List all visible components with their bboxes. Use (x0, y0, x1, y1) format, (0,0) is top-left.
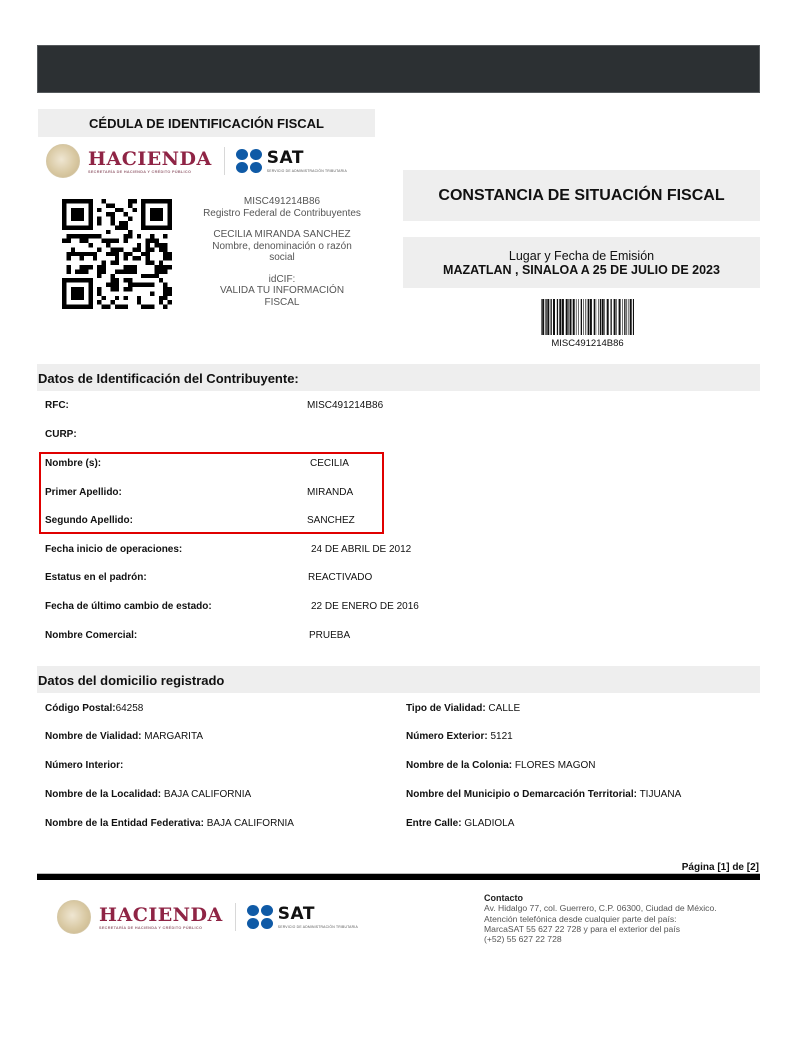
address-field-row: Nombre de la Entidad Federativa: BAJA CA… (45, 818, 294, 829)
address-field-row: Número Exterior: 5121 (406, 731, 513, 742)
field-value: BAJA CALIFORNIA (204, 818, 294, 829)
sat-dots-icon (236, 149, 262, 173)
field-label: Nombre de la Entidad Federativa: (45, 818, 204, 829)
field-label: Nombre de la Colonia: (406, 760, 512, 771)
field-label: Fecha inicio de operaciones: (45, 544, 182, 555)
field-value: MARGARITA (142, 731, 203, 742)
field-label: Entre Calle: (406, 818, 462, 829)
validate-label-2: FISCAL (196, 297, 368, 309)
field-label: Número Interior: (45, 760, 123, 771)
address-field-row: Código Postal:64258 (45, 703, 143, 714)
address-field-row: Nombre de la Localidad: BAJA CALIFORNIA (45, 789, 251, 800)
sat-subtitle: SERVICIO DE ADMINISTRACIÓN TRIBUTARIA (278, 925, 358, 929)
hacienda-subtitle: SECRETARÍA DE HACIENDA Y CRÉDITO PÚBLICO (99, 926, 223, 930)
field-value: 24 DE ABRIL DE 2012 (311, 544, 411, 555)
field-label: Número Exterior: (406, 731, 488, 742)
logo-divider (235, 903, 236, 931)
emission-label: Lugar y Fecha de Emisión (403, 249, 760, 263)
taxpayer-field-row: Fecha de último cambio de estado: (45, 601, 212, 612)
logo-row-top: HACIENDA SECRETARÍA DE HACIENDA Y CRÉDIT… (46, 144, 347, 178)
mexico-seal-icon (46, 144, 80, 178)
name-highlight-box (39, 452, 384, 534)
field-label: Nombre Comercial: (45, 630, 137, 641)
contact-block: Contacto Av. Hidalgo 77, col. Guerrero, … (484, 893, 717, 944)
field-value: BAJA CALIFORNIA (161, 789, 251, 800)
field-label: CURP: (45, 429, 77, 440)
rfc-label: Registro Federal de Contribuyentes (196, 208, 368, 220)
validate-label-1: VALIDA TU INFORMACIÓN (196, 285, 368, 297)
hacienda-subtitle: SECRETARÍA DE HACIENDA Y CRÉDITO PÚBLICO (88, 170, 212, 174)
sat-wordmark: SAT (267, 150, 347, 167)
qr-code-icon[interactable] (62, 199, 172, 309)
field-label: RFC: (45, 400, 69, 411)
logo-row-footer: HACIENDA SECRETARÍA DE HACIENDA Y CRÉDIT… (57, 900, 358, 934)
sat-wordmark: SAT (278, 906, 358, 923)
taxpayer-field-row: Nombre Comercial: (45, 630, 137, 641)
taxpayer-field-row: RFC: (45, 400, 69, 411)
field-label: Código Postal: (45, 703, 116, 714)
emission-box: Lugar y Fecha de Emisión MAZATLAN , SINA… (403, 237, 760, 288)
taxpayer-name: CECILIA MIRANDA SANCHEZ (196, 229, 368, 241)
field-label: Nombre de Vialidad: (45, 731, 142, 742)
idcif-label: idCIF: (196, 274, 368, 286)
address-field-row: Nombre del Municipio o Demarcación Terri… (406, 789, 681, 800)
taxpayer-field-row: Estatus en el padrón: (45, 572, 147, 583)
hacienda-wordmark: HACIENDA (99, 905, 223, 925)
address-field-row: Número Interior: (45, 760, 123, 771)
hacienda-logo: HACIENDA SECRETARÍA DE HACIENDA Y CRÉDIT… (88, 149, 212, 174)
taxpayer-section-title: Datos de Identificación del Contribuyent… (37, 364, 760, 391)
field-label: Fecha de último cambio de estado: (45, 601, 212, 612)
barcode-text: MISC491214B86 (520, 338, 655, 349)
sat-dots-icon (247, 905, 273, 929)
address-section-title: Datos del domicilio registrado (37, 666, 760, 693)
contact-line: MarcaSAT 55 627 22 728 y para el exterio… (484, 924, 717, 934)
name-label-2: social (196, 252, 368, 264)
address-field-row: Nombre de Vialidad: MARGARITA (45, 731, 203, 742)
field-value: 22 DE ENERO DE 2016 (311, 601, 419, 612)
contact-line: Atención telefónica desde cualquier part… (484, 914, 717, 924)
address-field-row: Nombre de la Colonia: FLORES MAGON (406, 760, 595, 771)
field-value: PRUEBA (309, 630, 350, 641)
field-value: MISC491214B86 (307, 400, 383, 411)
field-value: FLORES MAGON (512, 760, 595, 771)
taxpayer-field-row: Fecha inicio de operaciones: (45, 544, 182, 555)
top-bar (37, 45, 760, 93)
rfc-value: MISC491214B86 (196, 196, 368, 208)
page-number: Página [1] de [2] (600, 862, 759, 873)
name-label-1: Nombre, denominación o razón (196, 241, 368, 253)
field-value: REACTIVADO (308, 572, 372, 583)
logo-divider (224, 147, 225, 175)
field-value: 64258 (116, 703, 144, 714)
field-label: Estatus en el padrón: (45, 572, 147, 583)
field-value: GLADIOLA (462, 818, 515, 829)
field-value: 5121 (488, 731, 513, 742)
contact-line: Av. Hidalgo 77, col. Guerrero, C.P. 0630… (484, 903, 717, 913)
sat-logo: SAT SERVICIO DE ADMINISTRACIÓN TRIBUTARI… (267, 150, 347, 173)
contact-line: (+52) 55 627 22 728 (484, 934, 717, 944)
identity-card: MISC491214B86 Registro Federal de Contri… (196, 196, 368, 308)
mexico-seal-icon (57, 900, 91, 934)
address-field-row: Entre Calle: GLADIOLA (406, 818, 514, 829)
field-value: TIJUANA (637, 789, 681, 800)
sat-logo: SAT SERVICIO DE ADMINISTRACIÓN TRIBUTARI… (278, 906, 358, 929)
field-value: CALLE (486, 703, 520, 714)
emission-value: MAZATLAN , SINALOA A 25 DE JULIO DE 2023 (403, 263, 760, 278)
footer-rule (37, 874, 760, 880)
barcode-icon (541, 299, 634, 335)
document-title: CONSTANCIA DE SITUACIÓN FISCAL (403, 170, 760, 221)
taxpayer-field-row: CURP: (45, 429, 77, 440)
sat-subtitle: SERVICIO DE ADMINISTRACIÓN TRIBUTARIA (267, 169, 347, 173)
field-label: Tipo de Vialidad: (406, 703, 486, 714)
field-label: Nombre de la Localidad: (45, 789, 161, 800)
contact-title: Contacto (484, 893, 717, 903)
field-label: Nombre del Municipio o Demarcación Terri… (406, 789, 637, 800)
hacienda-wordmark: HACIENDA (88, 149, 212, 169)
cedula-title: CÉDULA DE IDENTIFICACIÓN FISCAL (38, 109, 375, 137)
hacienda-logo: HACIENDA SECRETARÍA DE HACIENDA Y CRÉDIT… (99, 905, 223, 930)
address-field-row: Tipo de Vialidad: CALLE (406, 703, 520, 714)
